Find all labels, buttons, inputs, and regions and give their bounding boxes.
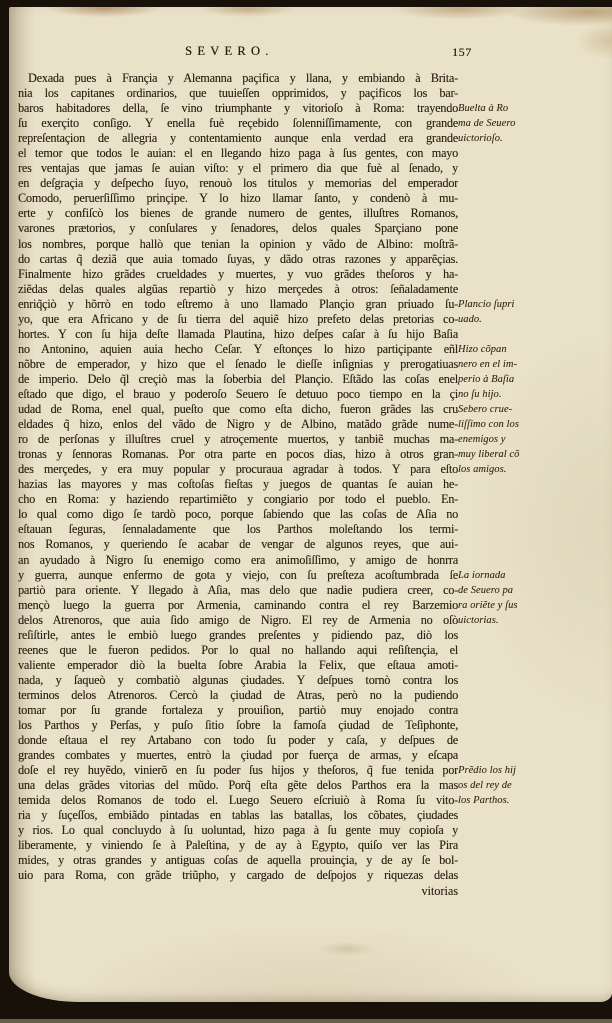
margin-note-line: enemigos y bbox=[458, 432, 578, 447]
body-line: yo, que era Africano y de ſu tierra del … bbox=[18, 312, 458, 327]
body-line: erte y confiſcò los bienes de grande num… bbox=[18, 206, 458, 221]
body-line: repreſentaçion de allegria y contentamie… bbox=[18, 131, 458, 146]
body-line: reſiſtirle, antes le embiò luego grandes… bbox=[18, 628, 458, 643]
body-line: an ayudado à Nigro ſu enemigo como era a… bbox=[18, 553, 458, 568]
margin-note-line: perio à Baſia bbox=[458, 372, 578, 387]
catchword: vitorias bbox=[18, 884, 462, 899]
page-header: SEVERO. 157 bbox=[9, 44, 612, 60]
margin-note-line: uictorioſo. bbox=[458, 131, 578, 146]
margin-note: Prẽdio los hijos del rey delos Parthos. bbox=[458, 763, 578, 808]
body-line: eſtado que digo, el brauo y poderoſo Seu… bbox=[18, 387, 458, 402]
body-line: res ventajas que jamas ſe auian viſto: y… bbox=[18, 161, 458, 176]
margin-note-line: no ſu hijo. bbox=[458, 387, 578, 402]
body-line: grandes combates y muertes, entrò la çiu… bbox=[18, 748, 458, 763]
body-line: reenes que le fueron pedidos. Por lo qua… bbox=[18, 643, 458, 658]
running-title: SEVERO. bbox=[185, 44, 274, 59]
body-line: lo qual como digo ſe tardò poco, porque … bbox=[18, 507, 458, 522]
margin-note: Hizo cõpannero en el im-perio à Baſiano … bbox=[458, 342, 578, 402]
body-line: temida delos Romanos de todo el. Luego S… bbox=[18, 793, 458, 808]
margin-note-line: Plancio ſupri bbox=[458, 297, 578, 312]
body-line: ria y ſuçeſſos, embiãdo pintadas en tabl… bbox=[18, 808, 458, 823]
margin-note-line: ma de Seuero bbox=[458, 116, 578, 131]
body-line: cho en Roma: y haziendo repartimiẽto y c… bbox=[18, 492, 458, 507]
body-line: nõbre de emperador, y hizo que el ſenado… bbox=[18, 357, 458, 372]
body-line: nada, y ſaqueò y combatiò algunas çiudad… bbox=[18, 673, 458, 688]
body-text: Dexada pues à Françia y Alemanna paçific… bbox=[18, 71, 458, 884]
body-line: Dexada pues à Françia y Alemanna paçific… bbox=[18, 71, 458, 86]
scan-bottom-edge bbox=[0, 1019, 612, 1023]
body-line: tronas y ſennoras Romanas. Por otra part… bbox=[18, 447, 458, 462]
margin-note: Buelta à Roma de Seuerouictorioſo. bbox=[458, 101, 578, 146]
body-line: nos Romanos, y queriendo ſe acabar de ve… bbox=[18, 537, 458, 552]
margin-note: Sebero crue-liſſimo con losenemigos ymuy… bbox=[458, 402, 578, 477]
paper-page: SEVERO. 157 Dexada pues à Françia y Alem… bbox=[9, 7, 612, 1002]
body-line: hazias las mayores y mas coſtoſas fieſta… bbox=[18, 477, 458, 492]
body-line: ro de perſonas y illuſtres cruel y atroç… bbox=[18, 432, 458, 447]
body-line: des merçedes, y era muy popular y procur… bbox=[18, 462, 458, 477]
margin-note-line: La iornada bbox=[458, 568, 578, 583]
margin-note-line: ra oriẽte y ſus bbox=[458, 598, 578, 613]
body-line: de imperio. Delo q̃l creçiò mas la ſober… bbox=[18, 372, 458, 387]
body-line: enriq̃çiò y hõrrò en todo eſtremo à uno … bbox=[18, 297, 458, 312]
margin-note-line: Prẽdio los hij bbox=[458, 763, 578, 778]
body-line: doſe el rey huyẽdo, vinierõ en ſu poder … bbox=[18, 763, 458, 778]
margin-note-line: Sebero crue- bbox=[458, 402, 578, 417]
body-line: en deſgraçia y deſpecho ſuyo, renouò los… bbox=[18, 176, 458, 191]
body-line: ſu exerçito conſigo. Y enella fuè reçebi… bbox=[18, 116, 458, 131]
margin-note-line: nero en el im- bbox=[458, 357, 578, 372]
margin-note-line: Buelta à Ro bbox=[458, 101, 578, 116]
body-line: y guerra, aunque enfermo de gota y viejo… bbox=[18, 568, 458, 583]
body-line: y rios. Lo qual concluydo à ſu uoluntad,… bbox=[18, 823, 458, 838]
body-line: delos Atrenoros, que auia ſido amigo de … bbox=[18, 613, 458, 628]
body-line: el temor que todos le auian: el en llega… bbox=[18, 146, 458, 161]
scanned-book-page: SEVERO. 157 Dexada pues à Françia y Alem… bbox=[0, 0, 612, 1023]
body-line: tomar por ſu grande fortaleza y prouiſio… bbox=[18, 703, 458, 718]
margin-note-line: Hizo cõpan bbox=[458, 342, 578, 357]
margin-note-line: los amigos. bbox=[458, 462, 578, 477]
body-line: udad de Roma, enel qual, pueſto que como… bbox=[18, 402, 458, 417]
margin-note-line: los Parthos. bbox=[458, 793, 578, 808]
body-line: los nombres, porque hallò que tenian la … bbox=[18, 237, 458, 252]
body-line: valiente emperador diò la buelta ſobre A… bbox=[18, 658, 458, 673]
body-line: partiò para oriente. Y llegado à Aſia, m… bbox=[18, 583, 458, 598]
body-line: los Parthos y Perſas, y puſo ſitio ſobre… bbox=[18, 718, 458, 733]
body-line: varones prætorios, y conſulares y ſenado… bbox=[18, 221, 458, 236]
body-line: nia los capitanes ordinarios, que tuuieſ… bbox=[18, 86, 458, 101]
body-line: ziẽdas delas quales algũas repartiò y hi… bbox=[18, 282, 458, 297]
body-line: liberamente, y viniendo ſe à Paleſtina, … bbox=[18, 838, 458, 853]
body-line: mençò luego la guerra por Armenia, camin… bbox=[18, 598, 458, 613]
body-line: mides, y otras grandes y antiguas coſas … bbox=[18, 853, 458, 868]
margin-note-line: uado. bbox=[458, 312, 578, 327]
margin-note-line: muy liberal cõ bbox=[458, 447, 578, 462]
margin-note-line: liſſimo con los bbox=[458, 417, 578, 432]
body-line: uio para Roma, con grãde triũpho, y carg… bbox=[18, 868, 458, 883]
body-line: do cartas q̃ deziã que auia tomado ſuyas… bbox=[18, 252, 458, 267]
margin-note: Plancio ſupriuado. bbox=[458, 297, 578, 327]
body-line: terminos delos Atrenoros. Cercò la çiuda… bbox=[18, 688, 458, 703]
margin-note-line: de Seuero pa bbox=[458, 583, 578, 598]
body-line: hortes. Y con ſu hija deſte llamada Plau… bbox=[18, 327, 458, 342]
body-line: eldades q̃ hizo, enlos del vãdo de Nigro… bbox=[18, 417, 458, 432]
body-line: donde eſtaua el rey Artabano con todo ſu… bbox=[18, 733, 458, 748]
body-line: Comodo, peruerſiſſimo prinçipe. Y lo hiz… bbox=[18, 191, 458, 206]
body-line: Finalmente hizo grãdes crueldades y muer… bbox=[18, 267, 458, 282]
body-line: una delas grãdes vitorias del mũdo. Porq… bbox=[18, 778, 458, 793]
margin-note-line: os del rey de bbox=[458, 778, 578, 793]
body-line: no Antonino, aquien auia hecho Ceſar. Y … bbox=[18, 342, 458, 357]
page-number: 157 bbox=[452, 45, 472, 60]
margin-note-line: uictorias. bbox=[458, 613, 578, 628]
body-line: eſtauan ſeguras, ſennaladamente que los … bbox=[18, 522, 458, 537]
body-line: baros habitadores della, ſe vino triumph… bbox=[18, 101, 458, 116]
margin-note: La iornadade Seuero para oriẽte y ſusuic… bbox=[458, 568, 578, 628]
